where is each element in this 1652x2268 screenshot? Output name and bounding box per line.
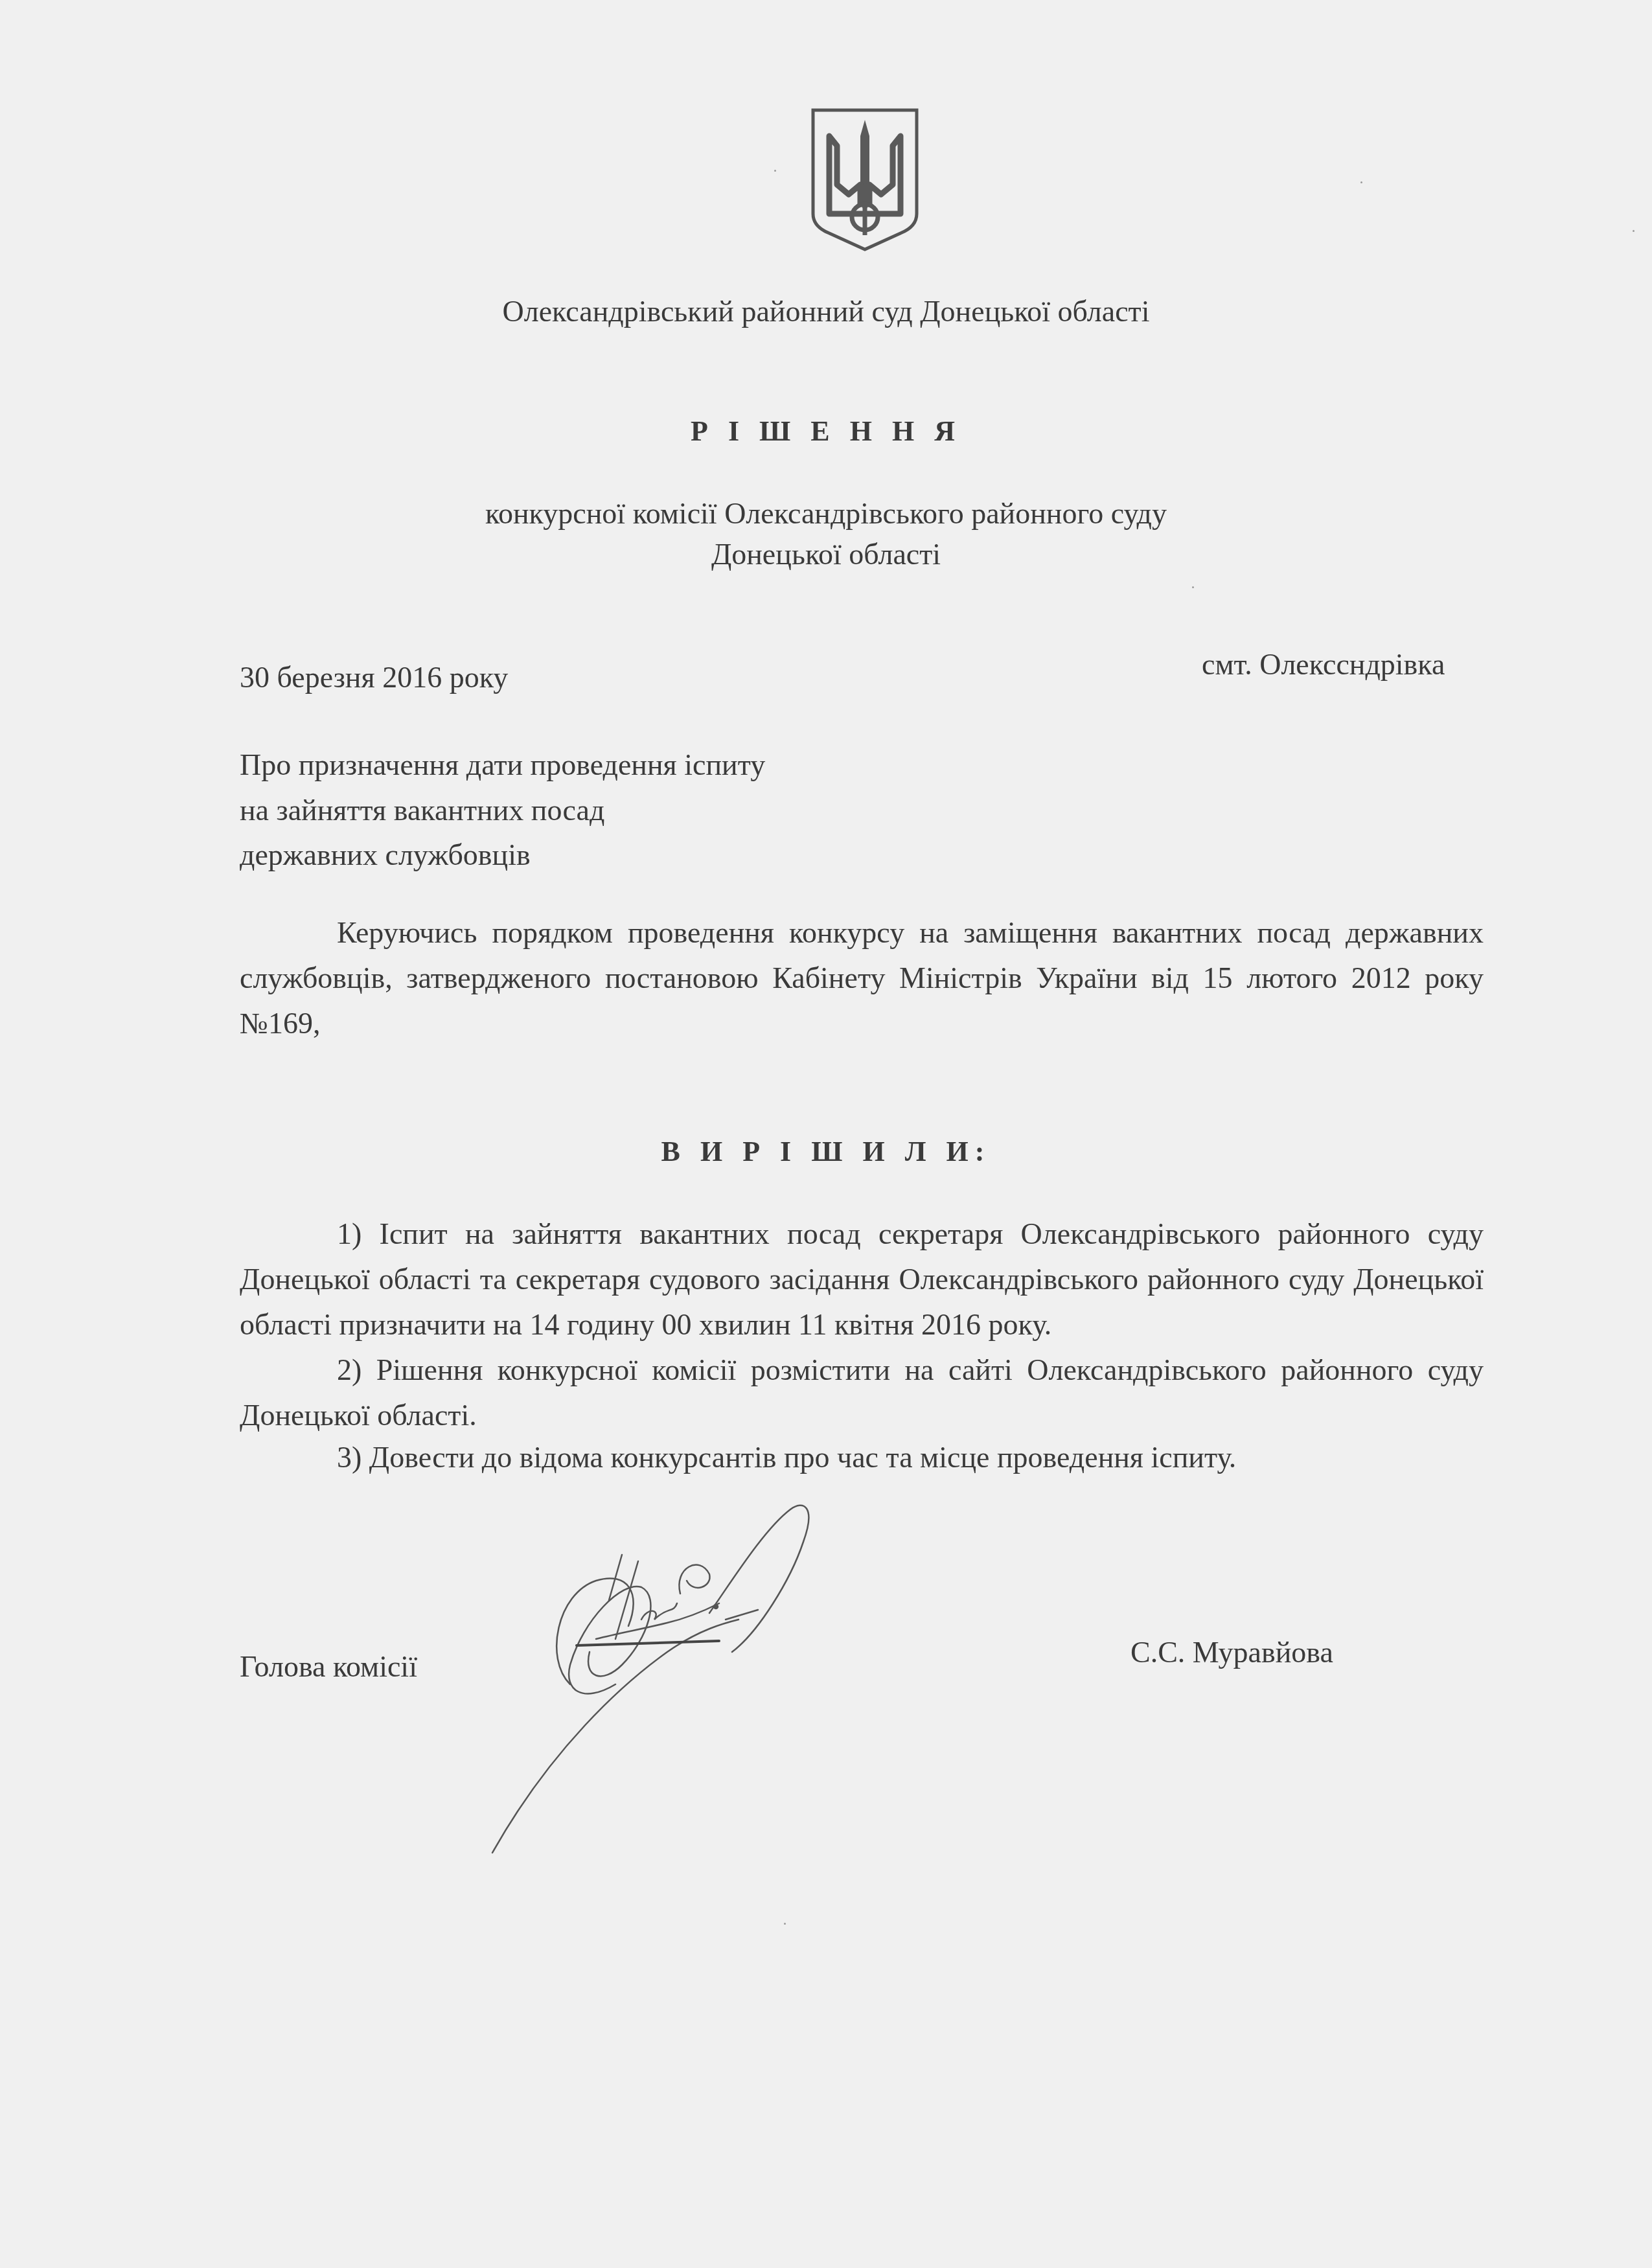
scan-speck [1633, 230, 1635, 232]
scan-speck [774, 170, 776, 172]
subject-line-1: Про призначення дати проведення іспиту [240, 750, 765, 780]
court-name: Олександрівський районний суд Донецької … [0, 297, 1652, 326]
scan-speck [784, 1923, 786, 1925]
signatory-role: Голова комісії [240, 1652, 417, 1682]
resolution-item-1: 1) Іспит на зайняття вакантних посад сек… [240, 1211, 1484, 1347]
handwritten-signature-icon [453, 1490, 1101, 1911]
document-date: 30 березня 2016 року [240, 663, 508, 693]
signatory-name: С.С. Муравйова [1130, 1638, 1333, 1667]
preamble-paragraph: Керуючись порядком проведення конкурсу н… [240, 910, 1484, 1046]
resolution-item-text: 1) Іспит на зайняття вакантних посад сек… [240, 1217, 1484, 1341]
resolution-item-2: 2) Рішення конкурсної комісії розмістити… [240, 1347, 1484, 1438]
scan-speck [1360, 181, 1362, 183]
resolution-item-text: 2) Рішення конкурсної комісії розмістити… [240, 1353, 1484, 1432]
subject-line-3: державних службовців [240, 840, 531, 870]
document-type-heading: Р І Ш Е Н Н Я [0, 415, 1652, 448]
preamble-text: Керуючись порядком проведення конкурсу н… [240, 916, 1484, 1040]
resolution-heading: В И Р І Ш И Л И: [0, 1135, 1652, 1168]
issuer-line-1: конкурсної комісії Олександрівського рай… [0, 499, 1652, 529]
subject-line-2: на зайняття вакантних посад [240, 796, 604, 825]
resolution-item-3: 3) Довести до відома конкурсантів про ча… [240, 1435, 1484, 1480]
document-place: смт. Олекссндрівка [1202, 650, 1445, 680]
coat-of-arms-icon [810, 107, 920, 253]
document-page: Олександрівський районний суд Донецької … [0, 0, 1652, 2268]
scan-speck [1192, 586, 1194, 588]
issuer-line-2: Донецької області [0, 540, 1652, 569]
resolution-item-text: 3) Довести до відома конкурсантів про ча… [337, 1441, 1236, 1474]
